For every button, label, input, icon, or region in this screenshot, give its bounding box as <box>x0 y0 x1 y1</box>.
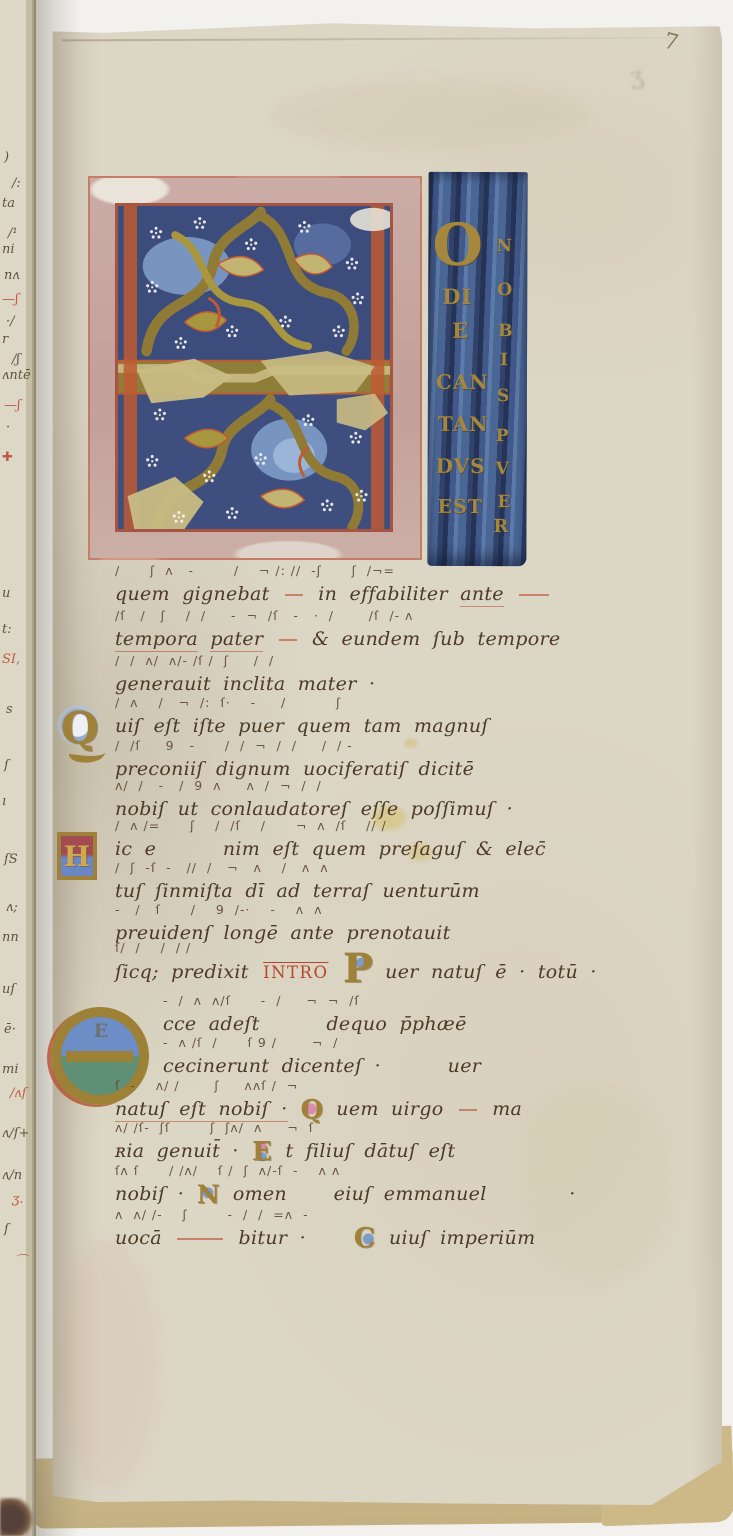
band-letter: O <box>497 280 513 300</box>
margin-fragment: uſ <box>2 982 15 997</box>
neume-row: /ſ / ʃ / / - ¬ /ſ - · / /ſ /- ʌ <box>115 608 500 626</box>
margin-fragment: —ʃ <box>4 398 21 413</box>
word: uer <box>448 1055 481 1077</box>
margin-fragment: /¹ <box>8 226 18 241</box>
manuscript-page: 7 ʒ <box>0 0 733 1536</box>
margin-fragment: ı <box>2 794 6 809</box>
text-line: ſʌ ſ / /ʌ/ ſ / ʃ ʌ/-ſ - ʌ ʌnobiſ · N ome… <box>115 1163 500 1207</box>
margin-fragment: /ʃ <box>12 352 20 367</box>
word: bitur · <box>239 1227 306 1249</box>
margin-fragment: u <box>2 586 10 601</box>
text-line: - / ʌ ʌ/ſ - / ¬ ¬ /ſE cce adeſt dequo p̄… <box>163 993 548 1037</box>
band-letter: E <box>498 492 512 512</box>
illuminated-initial-h <box>88 176 422 560</box>
word: pater <box>210 628 263 652</box>
neume-row: - / ʌ ʌ/ſ - / ¬ ¬ /ſ <box>163 993 548 1011</box>
rubric-intro: INTRO <box>263 963 328 982</box>
decorated-initial-h: H <box>57 832 97 880</box>
neume-row: ſ/ / / / / <box>115 940 500 958</box>
text-line: / / ʌ/ ʌ/- /ſ / ʃ / /generauit inclita m… <box>115 653 500 697</box>
band-letter: TAN <box>438 412 489 436</box>
text-line: ſ - ʌ/ / ʃ ʌʌſ / ¬natuſ eſt nobiſ · Q ue… <box>115 1078 500 1122</box>
margin-fragment: ʌ/n <box>2 1168 22 1183</box>
word: tempora <box>115 628 198 652</box>
neume-row: - / ſ / 9 /-· - ʌ ʌ <box>115 902 500 920</box>
word: uem uirgo <box>336 1098 443 1120</box>
text-line: - ʌ /ſ / ſ 9 / ¬ /cecinerunt dicenteſ · … <box>163 1035 548 1079</box>
word: cce adeſt <box>163 1013 260 1035</box>
band-letter: V <box>496 459 510 479</box>
text-line: / ʃ -ſ - // / ¬ ʌ / ʌ ʌtuſ ſinmiſta dī a… <box>115 860 500 904</box>
neume-row: ʌ/ / - / 9 ʌ ʌ / ¬ / / <box>115 778 500 796</box>
margin-fragment: · <box>6 420 10 435</box>
binding-gutter-shadow <box>34 0 80 1536</box>
neume-row: / / ʌ/ ʌ/- /ſ / ʃ / / <box>115 653 500 671</box>
margin-fragment: ſ <box>4 758 9 773</box>
foliate-ornament <box>118 206 390 529</box>
decorated-initial-q: Q <box>53 705 107 753</box>
word: ante <box>460 583 504 607</box>
decorated-initial-p: P <box>343 954 373 984</box>
band-letter: EST <box>437 496 482 518</box>
red-guide-line <box>519 594 549 596</box>
text-line: ʌ/ /ſ- ʃſ ʃ ʃʌ/ ʌ ¬ ſʀia genuit̄ · E t f… <box>115 1120 500 1164</box>
line-text: Q uiſ eſt iſte puer quem tam magnuſ <box>115 713 500 739</box>
margin-fragment: ✚ <box>2 450 13 465</box>
margin-fragment: ta <box>2 196 15 211</box>
text-line: / /ſ 9 - / / ¬ / / / / -preconiiſ dignum… <box>115 738 500 782</box>
red-guide-line <box>285 594 303 596</box>
margin-fragment: ſS <box>4 852 18 867</box>
line-text: quem gignebat in effabiliter ante <box>115 581 500 607</box>
margin-fragment: nn <box>2 930 19 945</box>
word: eiuſ emmanuel <box>334 1183 487 1205</box>
band-letter: S <box>497 386 510 406</box>
neume-row: ſʌ ſ / /ʌ/ ſ / ʃ ʌ/-ſ - ʌ ʌ <box>115 1163 500 1181</box>
margin-fragment: ʌntē <box>2 368 31 383</box>
margin-fragment: SI, <box>2 652 20 667</box>
word: t filiuſ dātuſ eſt <box>285 1140 455 1162</box>
margin-fragment: /: <box>12 176 21 191</box>
word: ic e <box>115 838 156 860</box>
band-letter: R <box>493 516 509 537</box>
line-text: uocā bitur · C uiuſ imperiūm <box>115 1225 500 1251</box>
margin-fragment: ʌ; <box>6 900 18 915</box>
neume-row: / ʃ -ſ - // / ¬ ʌ / ʌ ʌ <box>115 860 500 878</box>
line-text: tempora pater & eundem ſub tempore <box>115 626 500 652</box>
margin-fragment: t: <box>2 622 12 637</box>
band-large-letter-o: O <box>432 216 484 274</box>
line-text: ʀia genuit̄ · E t filiuſ dātuſ eſt <box>115 1138 500 1164</box>
word: omen <box>233 1183 287 1205</box>
margin-fragment: nʌ <box>4 268 20 283</box>
band-letter: DVS <box>436 454 486 478</box>
text-line: ʌ/ / - / 9 ʌ ʌ / ¬ / /nobiſ ut conlaudat… <box>115 778 500 822</box>
margin-fragment: ) <box>4 150 9 165</box>
line-text: E cce adeſt dequo p̄phæē <box>163 1011 548 1037</box>
line-text: natuſ eſt nobiſ · Q uem uirgo ma <box>115 1096 500 1122</box>
line-text: nobiſ · N omen eiuſ emmanuel · <box>115 1181 500 1207</box>
word: natuſ eſt nobiſ · <box>115 1098 288 1122</box>
margin-fragment: ſ <box>4 1222 9 1237</box>
decorated-initial-q: Q <box>300 1099 324 1121</box>
neume-row: / ʌ / ¬ /: ſ· - / ʃ <box>115 695 500 713</box>
word: ma <box>492 1098 522 1120</box>
title-band: ODIECANTANDVSESTNOBISPVER <box>427 172 527 566</box>
binding-corner-spot <box>0 1498 34 1536</box>
text-line: ſ/ / / / /ſicq; predixit INTRO P uer nat… <box>115 940 500 988</box>
decorated-initial-n: N <box>196 1184 220 1206</box>
text-line: / ʌ / ¬ /: ſ· - / ʃQ uiſ eſt iſte puer q… <box>115 695 500 739</box>
word: uocā <box>115 1227 162 1249</box>
band-letter: N <box>496 236 513 256</box>
neume-row: / /ſ 9 - / / ¬ / / / / - <box>115 738 500 756</box>
margin-fragment: ·/ <box>6 314 15 329</box>
line-text: generauit inclita mater · <box>115 671 500 697</box>
decorated-initial-e: E <box>251 1141 273 1163</box>
word: uer natuſ ē · totū · <box>385 961 597 983</box>
margin-fragment: r <box>2 332 8 347</box>
word: cecinerunt dicenteſ · <box>163 1055 381 1077</box>
line-text: ſicq; predixit INTRO P uer natuſ ē · tot… <box>115 958 500 988</box>
neume-row: ʌ ʌ/ /- ʃ - / / =ʌ - <box>115 1207 500 1225</box>
red-guide-line <box>459 1109 477 1111</box>
red-guide-line <box>177 1238 223 1240</box>
neume-row: - ʌ /ſ / ſ 9 / ¬ / <box>163 1035 548 1053</box>
word: dequo p̄phæē <box>326 1013 466 1035</box>
word: nobiſ ut conlaudatoreſ eſſe poſſimuſ · <box>115 798 513 820</box>
word: ʀia genuit̄ · <box>115 1140 239 1162</box>
word: uiſ eſt iſte puer quem tam magnuſ <box>115 715 489 737</box>
margin-fragment: ē· <box>4 1022 16 1037</box>
word: generauit inclita mater · <box>115 673 375 695</box>
margin-fragment: mi <box>2 1062 19 1077</box>
word: ſicq; predixit <box>115 961 249 983</box>
margin-fragment: /ʌſ <box>10 1086 27 1101</box>
word: & eundem ſub tempore <box>312 628 560 650</box>
margin-fragment: ⌒ <box>14 1250 27 1269</box>
red-guide-line <box>279 639 297 641</box>
band-letter: E <box>452 318 469 343</box>
margin-fragment: ʌ/ſ+ <box>2 1126 29 1141</box>
text-line: ʌ ʌ/ /- ʃ - / / =ʌ -uocā bitur · C uiuſ … <box>115 1207 500 1251</box>
text-line: /ſ / ʃ / / - ¬ /ſ - · / /ſ /- ʌtempora p… <box>115 608 500 652</box>
word: tuſ ſinmiſta dī ad terraſ uenturūm <box>115 880 480 902</box>
neume-row: ſ - ʌ/ / ʃ ʌʌſ / ¬ <box>115 1078 500 1096</box>
initial-field <box>115 203 393 532</box>
word: nim eſt quem preſaguſ & elec̄ <box>223 838 546 860</box>
band-letter: P <box>496 426 510 446</box>
line-text: tuſ ſinmiſta dī ad terraſ uenturūm <box>115 878 500 904</box>
neume-row: / ʃ ʌ - / ¬ /: // -ʃ ʃ /¬= <box>115 563 500 581</box>
line-text: cecinerunt dicenteſ · uer <box>163 1053 548 1079</box>
decorated-initial-c: C <box>353 1228 377 1250</box>
word: quem gignebat <box>115 583 270 605</box>
word: preconiiſ dignum uociferatiſ dicitē <box>115 758 474 780</box>
band-letter: CAN <box>436 370 489 394</box>
margin-fragment: ni <box>2 242 15 257</box>
margin-fragment: —ʃ <box>2 292 19 307</box>
text-line: / ʌ /= ʃ / /ſ / ¬ ʌ /ſ // /H ic e nim eſ… <box>115 818 500 862</box>
word: in effabiliter <box>318 583 448 605</box>
word: nobiſ · <box>115 1183 184 1205</box>
text-line: / ʃ ʌ - / ¬ /: // -ʃ ʃ /¬=quem gignebat … <box>115 563 500 607</box>
margin-fragment: s <box>6 702 13 717</box>
neume-row: / ʌ /= ʃ / /ſ / ¬ ʌ /ſ // / <box>115 818 500 836</box>
margin-fragment: ʒ. <box>12 1192 23 1207</box>
neume-row: ʌ/ /ſ- ʃſ ʃ ʃʌ/ ʌ ¬ ſ <box>115 1120 500 1138</box>
word: · <box>569 1183 575 1205</box>
line-text: H ic e nim eſt quem preſaguſ & elec̄ <box>115 836 500 862</box>
band-letter: I <box>500 350 509 370</box>
band-letter: B <box>498 321 513 341</box>
band-letter: DI <box>442 284 472 309</box>
word: uiuſ imperiūm <box>389 1227 535 1249</box>
